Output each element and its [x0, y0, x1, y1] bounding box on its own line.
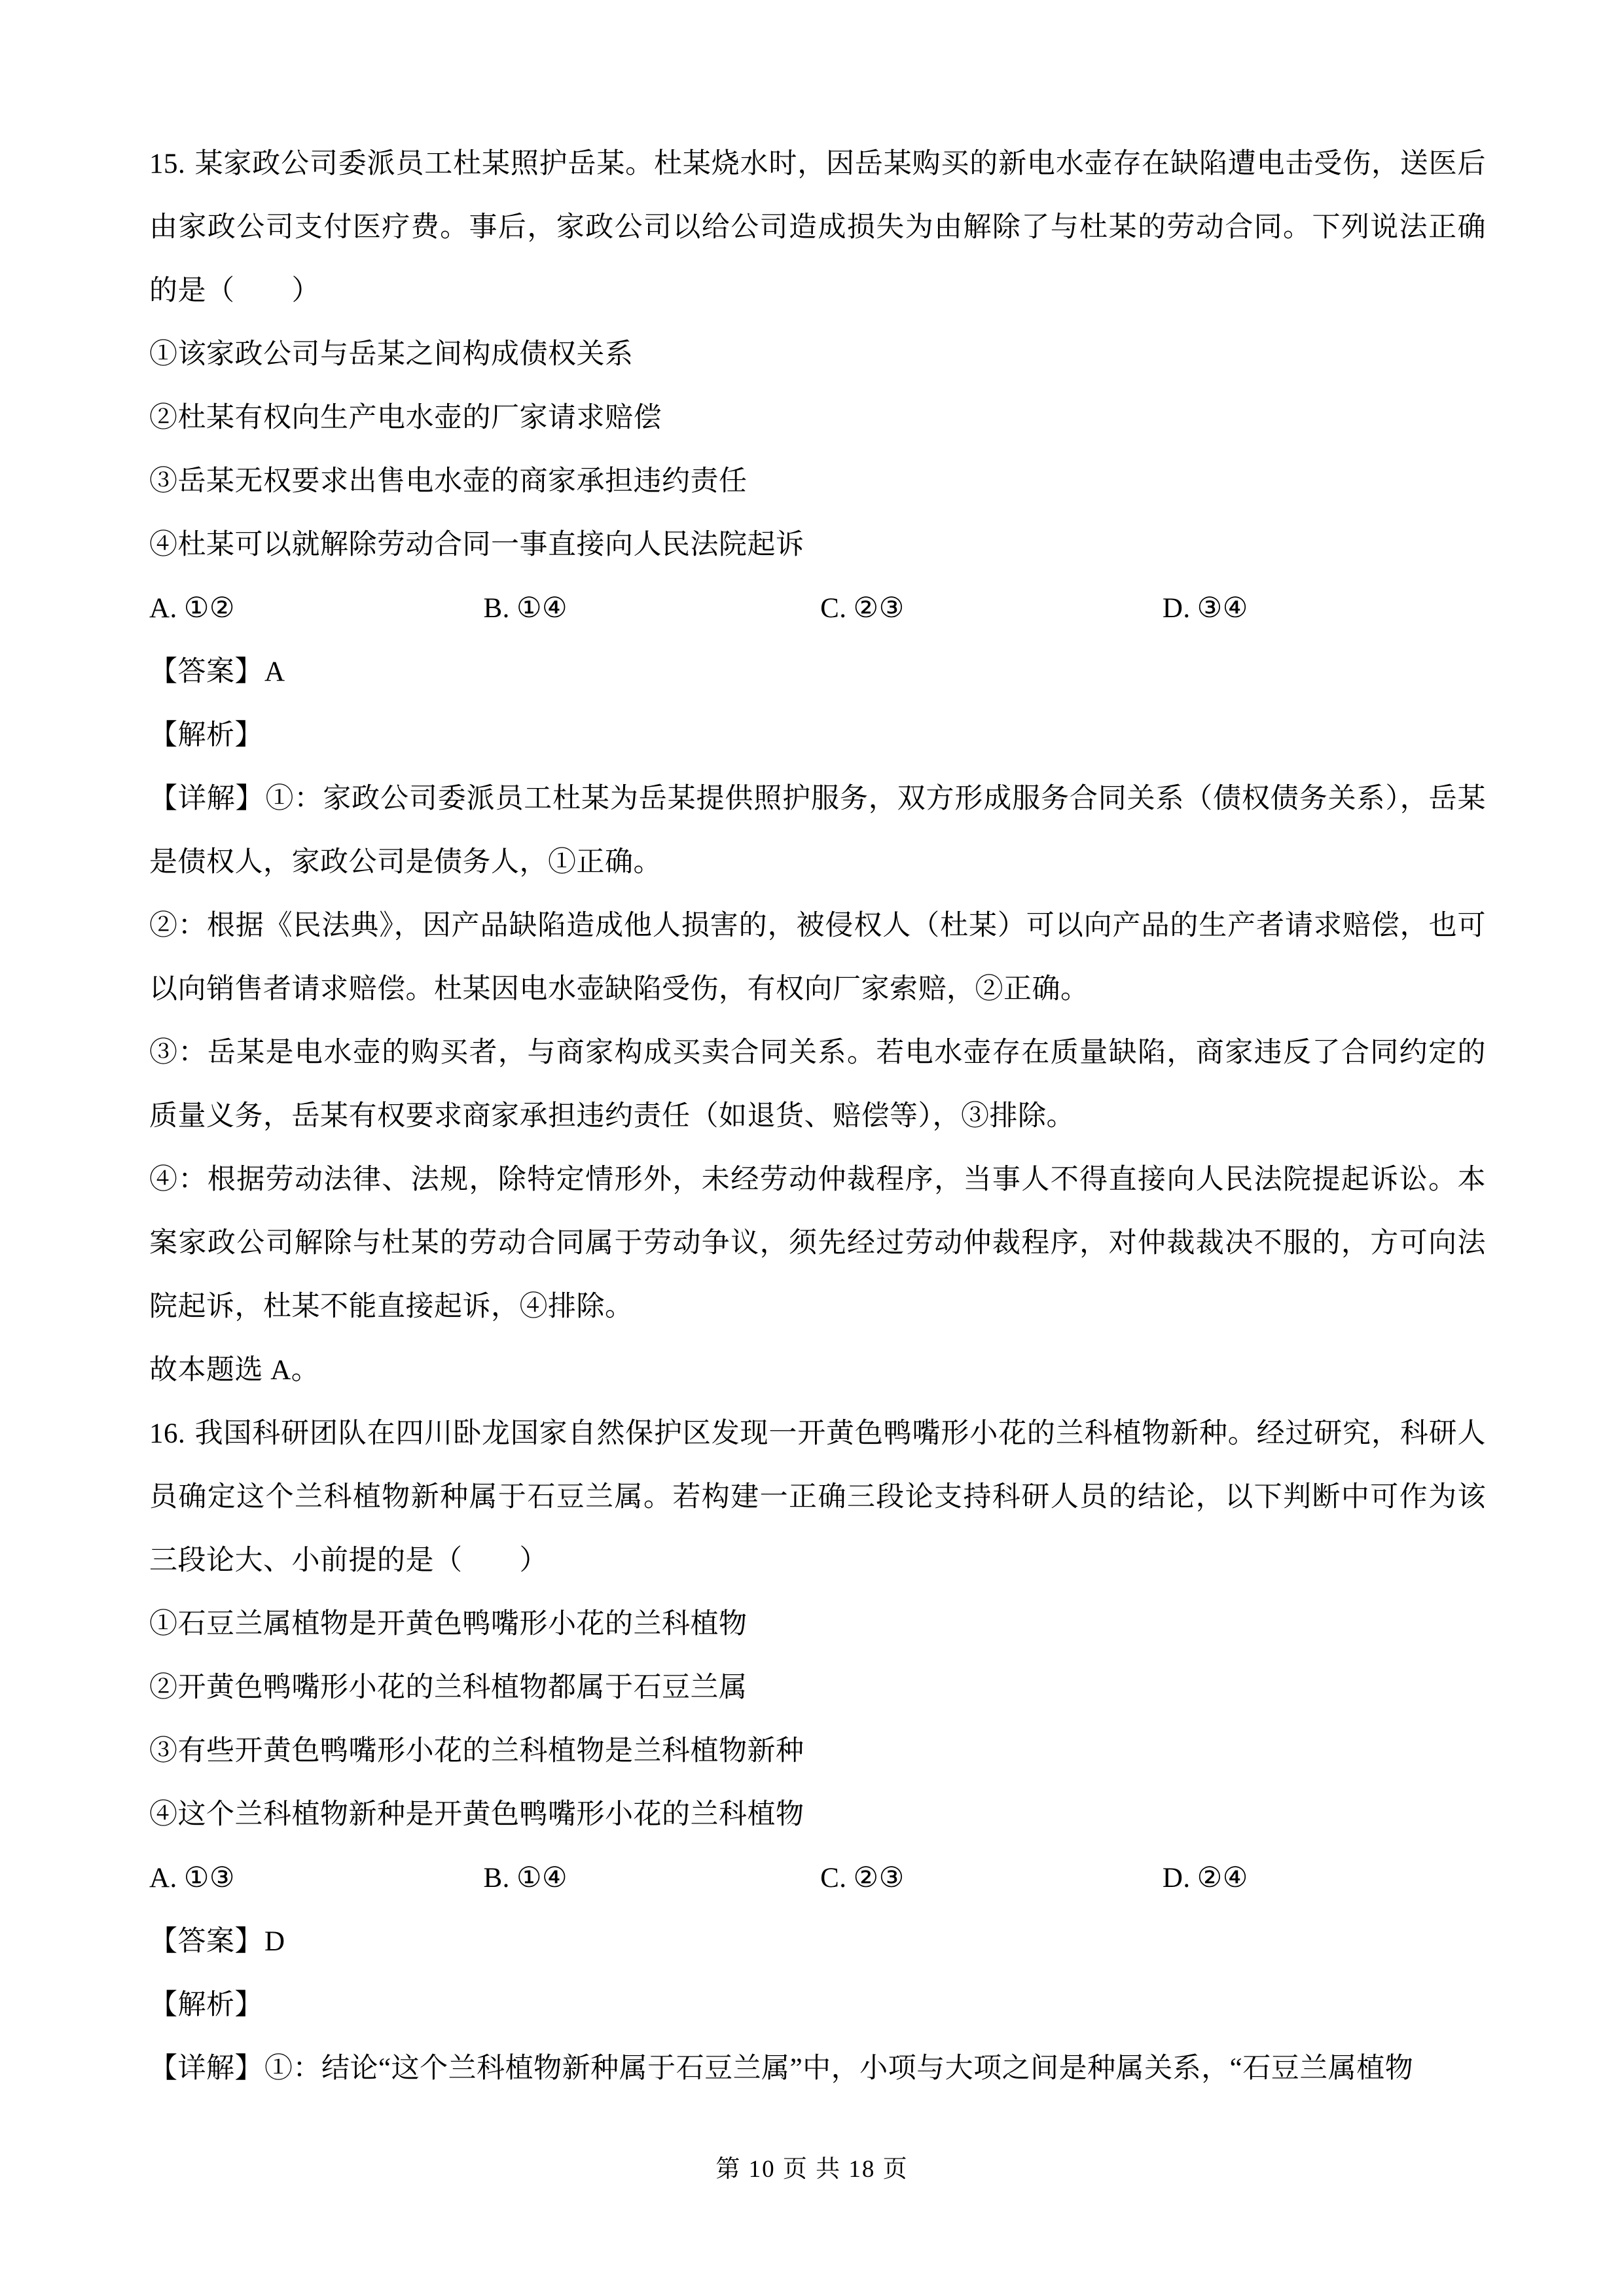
q15-choices-row: A.①② B.①④ C.②③ D.③④: [149, 577, 1486, 640]
q15-choice-c: C.②③: [820, 577, 1163, 640]
q15-statement-4: ④杜某可以就解除劳动合同一事直接向人民法院起诉: [149, 513, 1486, 577]
q16-choice-a: A.①③: [149, 1846, 484, 1910]
q16-detail-paragraph-1: 【详解】①：结论“这个兰科植物新种属于石豆兰属”中，小项与大项之间是种属关系，“…: [149, 2037, 1486, 2100]
q16-choice-c-label: C.: [820, 1863, 846, 1893]
page-body: 15.某家政公司委派员工杜某照护岳某。杜某烧水时，因岳某购买的新电水壶存在缺陷遭…: [149, 132, 1486, 2100]
q15-detail-paragraph-4: ④：根据劳动法律、法规，除特定情形外，未经劳动仲裁程序，当事人不得直接向人民法院…: [149, 1148, 1486, 1338]
q15-answer-line: 【答案】A: [149, 640, 1486, 704]
q16-choice-b-label: B.: [484, 1863, 510, 1893]
q16-analysis-tag: 【解析】: [149, 1990, 263, 2020]
question-16-stem-line: 16.我国科研团队在四川卧龙国家自然保护区发现一开黄色鸭嘴形小花的兰科植物新种。…: [149, 1402, 1486, 1592]
q16-choices-row: A.①③ B.①④ C.②③ D.②④: [149, 1846, 1486, 1910]
q16-choice-a-value: ①③: [184, 1863, 235, 1893]
q15-choice-c-value: ②③: [854, 593, 905, 624]
q15-choice-a-label: A.: [149, 593, 177, 624]
q15-choice-b-label: B.: [484, 593, 510, 624]
q15-answer-value: A: [264, 656, 285, 687]
q16-choice-a-label: A.: [149, 1863, 177, 1893]
question-15-stem: 某家政公司委派员工杜某照护岳某。杜某烧水时，因岳某购买的新电水壶存在缺陷遭电击受…: [149, 149, 1486, 306]
q15-conclusion: 故本题选 A。: [149, 1338, 1486, 1402]
question-16-stem: 我国科研团队在四川卧龙国家自然保护区发现一开黄色鸭嘴形小花的兰科植物新种。经过研…: [149, 1418, 1486, 1576]
q16-answer-tag: 【答案】: [149, 1926, 263, 1957]
q16-statement-3: ③有些开黄色鸭嘴形小花的兰科植物是兰科植物新种: [149, 1719, 1486, 1783]
q15-answer-tag: 【答案】: [149, 656, 263, 687]
q16-choice-c: C.②③: [820, 1846, 1163, 1910]
q15-detail-paragraph-3: ③：岳某是电水壶的购买者，与商家构成买卖合同关系。若电水壶存在质量缺陷，商家违反…: [149, 1021, 1486, 1148]
q15-statement-1: ①该家政公司与岳某之间构成债权关系: [149, 323, 1486, 386]
q15-detail-tag: 【详解】: [149, 783, 264, 814]
q16-choice-d: D.②④: [1163, 1846, 1486, 1910]
q16-answer-value: D: [264, 1926, 285, 1957]
q16-answer-line: 【答案】D: [149, 1910, 1486, 1973]
q15-choice-b: B.①④: [484, 577, 821, 640]
q15-detail-paragraph-2: ②：根据《民法典》，因产品缺陷造成他人损害的，被侵权人（杜某）可以向产品的生产者…: [149, 894, 1486, 1021]
q16-statement-1: ①石豆兰属植物是开黄色鸭嘴形小花的兰科植物: [149, 1592, 1486, 1656]
q15-analysis-tag: 【解析】: [149, 720, 263, 751]
q15-choice-a: A.①②: [149, 577, 484, 640]
q15-choice-b-value: ①④: [516, 593, 568, 624]
q15-statement-3: ③岳某无权要求出售电水壶的商家承担违约责任: [149, 450, 1486, 513]
q16-choice-d-value: ②④: [1197, 1863, 1248, 1893]
q15-choice-d-label: D.: [1163, 593, 1191, 624]
q16-choice-d-label: D.: [1163, 1863, 1191, 1893]
q15-choice-d: D.③④: [1163, 577, 1486, 640]
q15-choice-d-value: ③④: [1197, 593, 1248, 624]
q15-choice-c-label: C.: [820, 593, 846, 624]
page-footer: 第 10 页 共 18 页: [0, 2155, 1624, 2185]
q16-detail-tag: 【详解】: [149, 2053, 263, 2084]
q15-analysis-line: 【解析】: [149, 704, 1486, 767]
q15-detail-paragraph-1: 【详解】①：家政公司委派员工杜某为岳某提供照护服务，双方形成服务合同关系（债权债…: [149, 767, 1486, 894]
q16-choice-b: B.①④: [484, 1846, 821, 1910]
question-15-number: 15.: [149, 149, 185, 179]
q16-choice-b-value: ①④: [516, 1863, 568, 1893]
question-15-stem-line: 15.某家政公司委派员工杜某照护岳某。杜某烧水时，因岳某购买的新电水壶存在缺陷遭…: [149, 132, 1486, 323]
q16-detail-1-text: ①：结论“这个兰科植物新种属于石豆兰属”中，小项与大项之间是种属关系，“石豆兰属…: [264, 2053, 1413, 2084]
q16-statement-2: ②开黄色鸭嘴形小花的兰科植物都属于石豆兰属: [149, 1656, 1486, 1719]
q15-detail-1-text: ①：家政公司委派员工杜某为岳某提供照护服务，双方形成服务合同关系（债权债务关系）…: [149, 783, 1486, 878]
q16-statement-4: ④这个兰科植物新种是开黄色鸭嘴形小花的兰科植物: [149, 1783, 1486, 1846]
question-16-number: 16.: [149, 1418, 185, 1449]
q15-statement-2: ②杜某有权向生产电水壶的厂家请求赔偿: [149, 386, 1486, 450]
q15-choice-a-value: ①②: [184, 593, 235, 624]
q16-analysis-line: 【解析】: [149, 1973, 1486, 2037]
q16-choice-c-value: ②③: [854, 1863, 905, 1893]
